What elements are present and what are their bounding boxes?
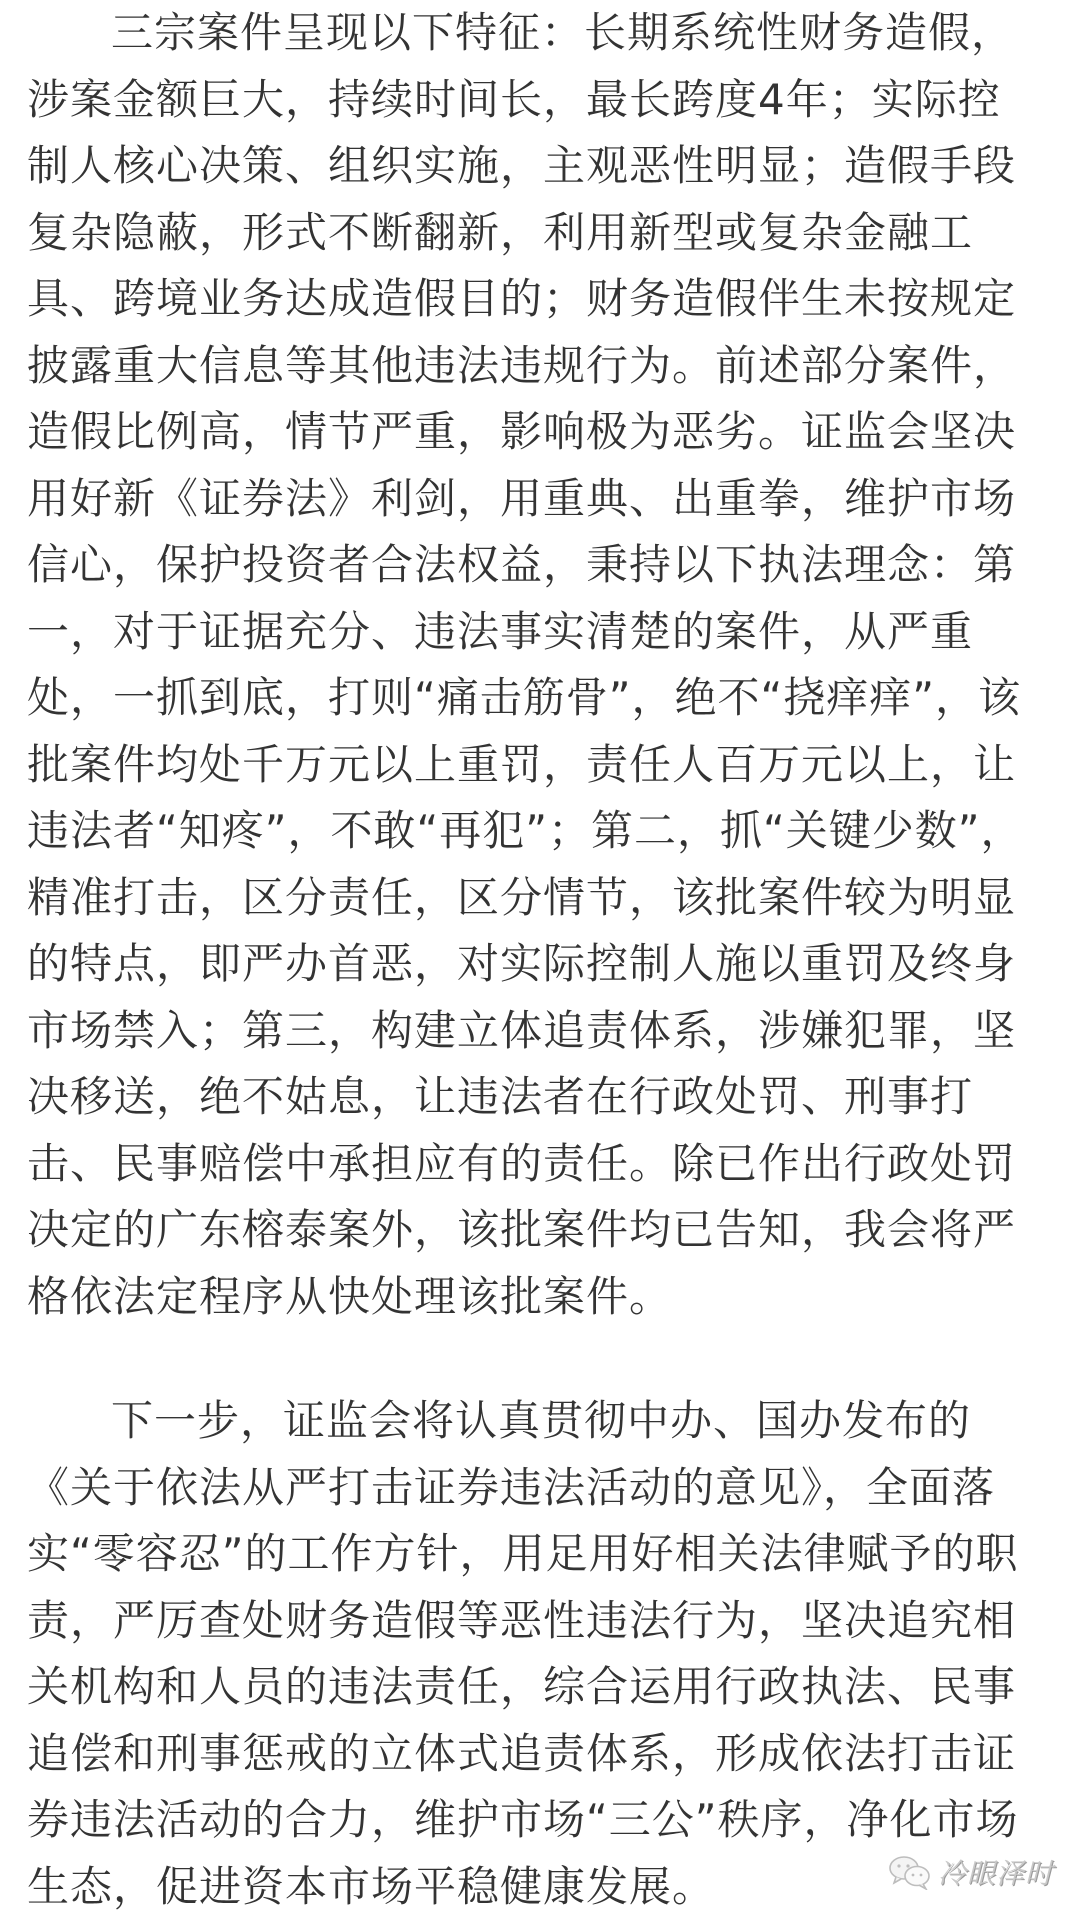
text-line: 复杂隐蔽，形式不断翻新，利用新型或复杂金融工 [27, 200, 1057, 267]
text-line: 关机构和人员的违法责任，综合运用行政执法、民事 [27, 1654, 1057, 1721]
text-line: 精准打击，区分责任，区分情节，该批案件较为明显 [27, 865, 1057, 932]
text-line: 格依法定程序从快处理该批案件。 [27, 1264, 1057, 1331]
paragraph-1: 三宗案件呈现以下特征：长期系统性财务造假， 涉案金额巨大，持续时间长，最长跨度4… [27, 0, 1057, 1330]
text-line: 《关于依法从严打击证券违法活动的意见》，全面落 [27, 1455, 1057, 1522]
text-line: 批案件均处千万元以上重罚，责任人百万元以上，让 [27, 732, 1057, 799]
text-line: 下一步，证监会将认真贯彻中办、国办发布的 [27, 1388, 1057, 1455]
text-line: 用好新《证券法》利剑，用重典、出重拳，维护市场 [27, 466, 1057, 533]
text-line: 一，对于证据充分、违法事实清楚的案件，从严重 [27, 599, 1057, 666]
text-line: 券违法活动的合力，维护市场“三公”秩序，净化市场 [27, 1787, 1057, 1854]
text-line: 击、民事赔偿中承担应有的责任。除已作出行政处罚 [27, 1131, 1057, 1198]
watermark: 冷眼泽时 [888, 1852, 1054, 1892]
text-line: 信心，保护投资者合法权益，秉持以下执法理念：第 [27, 532, 1057, 599]
text-line: 决移送，绝不姑息，让违法者在行政处罚、刑事打 [27, 1064, 1057, 1131]
text-line: 造假比例高，情节严重，影响极为恶劣。证监会坚决 [27, 399, 1057, 466]
text-line: 实“零容忍”的工作方针，用足用好相关法律赋予的职 [27, 1521, 1057, 1588]
text-line: 责，严厉查处财务造假等恶性违法行为，坚决追究相 [27, 1588, 1057, 1655]
text-line: 涉案金额巨大，持续时间长，最长跨度4年；实际控 [27, 67, 1057, 134]
paragraph-2: 下一步，证监会将认真贯彻中办、国办发布的 《关于依法从严打击证券违法活动的意见》… [27, 1388, 1057, 1920]
text-line: 制人核心决策、组织实施，主观恶性明显；造假手段 [27, 133, 1057, 200]
text-line: 违法者“知疼”，不敢“再犯”；第二，抓“关键少数”， [27, 798, 1057, 865]
text-line: 具、跨境业务达成造假目的；财务造假伴生未按规定 [27, 266, 1057, 333]
text-line: 的特点，即严办首恶，对实际控制人施以重罚及终身 [27, 931, 1057, 998]
text-line: 披露重大信息等其他违法违规行为。前述部分案件， [27, 333, 1057, 400]
watermark-text: 冷眼泽时 [938, 1852, 1054, 1892]
text-line: 三宗案件呈现以下特征：长期系统性财务造假， [27, 0, 1057, 67]
text-line: 决定的广东榕泰案外，该批案件均已告知，我会将严 [27, 1197, 1057, 1264]
wechat-icon [888, 1854, 932, 1890]
text-line: 市场禁入；第三，构建立体追责体系，涉嫌犯罪，坚 [27, 998, 1057, 1065]
text-line: 处，一抓到底，打则“痛击筋骨”，绝不“挠痒痒”，该 [27, 665, 1057, 732]
article-body: 三宗案件呈现以下特征：长期系统性财务造假， 涉案金额巨大，持续时间长，最长跨度4… [27, 0, 1057, 1920]
text-line: 追偿和刑事惩戒的立体式追责体系，形成依法打击证 [27, 1721, 1057, 1788]
